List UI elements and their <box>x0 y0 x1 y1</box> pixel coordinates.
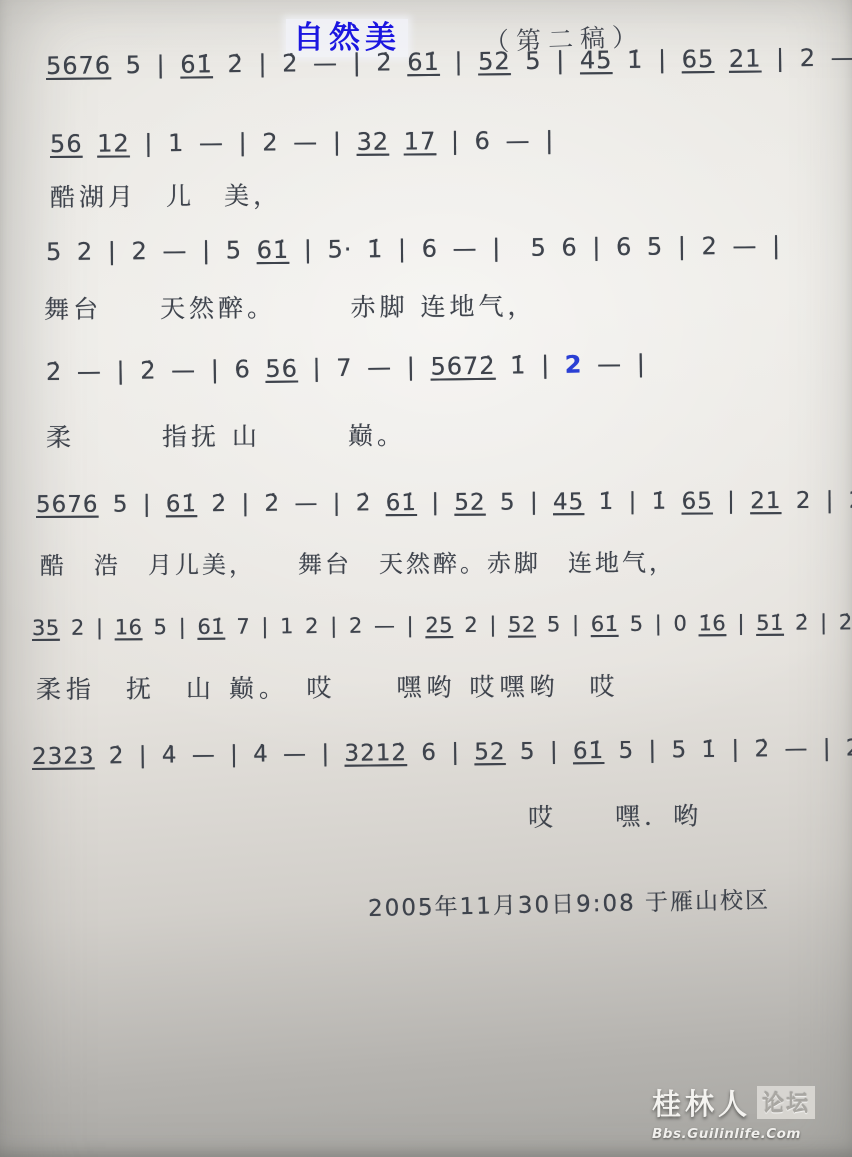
watermark-url: Bbs.Guilinlife.Com <box>652 1126 842 1142</box>
score-line-4-blue-correction: 2 <box>565 351 583 379</box>
lyrics-line-4: 柔 指抚 山 巅。 <box>46 416 406 454</box>
date-signature: 2005年11月30日9:08 于雁山校区 <box>368 882 771 923</box>
score-line-6: 35 2 | 16 5 | 61̇ 7 | 1 2 | 2 — | 25 2 |… <box>32 610 852 640</box>
score-line-4-pre: 2̇ — | 2̇ — | 6 56 | 7 — | 5672̇ 1̇ | <box>46 351 565 386</box>
watermark-row: 桂林人 论坛 <box>652 1082 842 1123</box>
score-line-5: 5676 5 | 61̇ 2̇ | 2̇ — | 2̇ 61̇ | 52 5 |… <box>36 487 852 518</box>
lyrics-line-7: 哎 嘿．哟 <box>528 796 702 834</box>
score-line-1: 5676 5 | 61̇ 2̇ | 2̇ — | 2̇ 61̇ | 52 5 |… <box>46 43 852 80</box>
lyrics-line-5: 酷 浩 月儿美， 舞台 天然醉。赤脚 连地气， <box>40 543 676 581</box>
handwritten-score-photo: 自然美（第二稿） 5676 5 | 61̇ 2̇ | 2̇ — | 2̇ 61̇… <box>0 0 852 1157</box>
score-line-2: 56 12 | 1 — | 2 — | 32 17 | 6 — | <box>50 126 554 158</box>
watermark-forum-badge: 论坛 <box>757 1086 815 1119</box>
score-line-7: 2323 2̇ | 4̇ — | 4̇ — | 3212̇ 6 | 52 5 |… <box>32 735 852 770</box>
score-line-4: 2̇ — | 2̇ — | 6 56 | 7 — | 5672̇ 1̇ | 2 … <box>46 350 646 386</box>
lyrics-line-2: 酷湖月 儿 美， <box>50 176 282 214</box>
lyrics-line-3: 舞台 天然醉。 赤脚 连地气， <box>44 287 537 326</box>
score-line-4-post: — | <box>582 350 646 379</box>
forum-watermark: 桂林人 论坛 Bbs.Guilinlife.Com <box>652 1082 842 1142</box>
watermark-site-name: 桂林人 <box>652 1082 751 1123</box>
score-line-3: 5 2 | 2 — | 5 61̇ | 5· 1̇ | 6 — | 5 6 | … <box>46 232 781 266</box>
lyrics-line-6: 柔指 抚 山 巅。 哎 嘿哟 哎嘿哟 哎 <box>36 667 620 706</box>
